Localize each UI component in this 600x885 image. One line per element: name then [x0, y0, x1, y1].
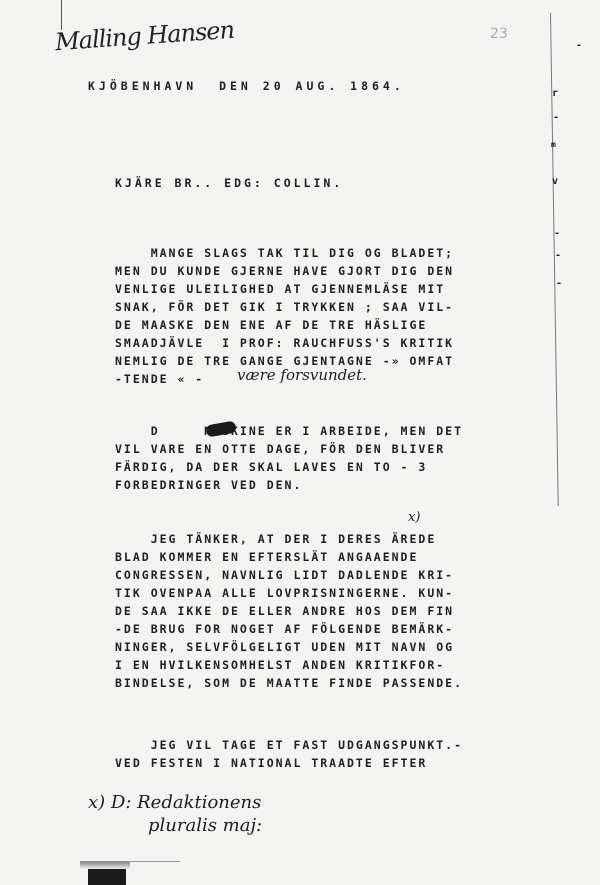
text-line: DE SAA IKKE DE ELLER ANDRE HOS DEM FIN	[115, 602, 463, 620]
text-line: CONGRESSEN, NAVNLIG LIDT DADLENDE KRI-	[115, 566, 463, 584]
text-line: D MASKINE ER I ARBEIDE, MEN DET	[115, 422, 463, 440]
margin-mark: m	[551, 140, 556, 149]
margin-mark: -	[556, 278, 562, 289]
text-line: DE MAASKE DEN ENE AF DE TRE HÄSLIGE	[115, 316, 454, 334]
text-line: JEG VIL TAGE ET FAST UDGANGSPUNKT.-	[115, 736, 463, 754]
margin-mark: v	[552, 176, 558, 187]
salutation: KJÄRE BR.. EDG: COLLIN.	[115, 174, 343, 192]
text-line: SMAADJÄVLE I PROF: RAUCHFUSS'S KRITIK	[115, 334, 454, 352]
paragraph-3: JEG TÄNKER, AT DER I DERES ÄREDE BLAD KO…	[115, 530, 463, 692]
margin-mark: -	[555, 250, 561, 261]
paragraph-1: MANGE SLAGS TAK TIL DIG OG BLADET; MEN D…	[115, 244, 454, 388]
page-number: 23	[490, 26, 508, 42]
margin-mark: -	[553, 112, 559, 123]
text-line: -TENDE « -	[115, 370, 204, 388]
text-line: BINDELSE, SOM DE MAATTE FINDE PASSENDE.	[115, 674, 463, 692]
handwritten-signature: Malling Hansen	[54, 16, 235, 56]
text-line: NINGER, SELVFÖLGELIGT UDEN MIT NAVN OG	[115, 638, 463, 656]
margin-mark: -	[554, 228, 560, 239]
margin-mark: -	[576, 40, 582, 51]
handwritten-footnote-line: x) D: Redaktionens	[88, 792, 261, 813]
text-line: VED FESTEN I NATIONAL TRAADTE EFTER	[115, 754, 463, 772]
text-line: TIK OVENPAA ALLE LOVPRISNINGERNE. KUN-	[115, 584, 463, 602]
text-line-with-insert: -TENDE « - være forsvundet.	[115, 370, 454, 388]
text-line: MANGE SLAGS TAK TIL DIG OG BLADET;	[115, 244, 454, 262]
text-line: VENLIGE ULEILIGHED AT GJENNEMLÄSE MIT	[115, 280, 454, 298]
text-line: SNAK, FÖR DET GIK I TRYKKEN ; SAA VIL-	[115, 298, 454, 316]
scan-artifact	[88, 869, 126, 885]
dateline: KJÖBENHAVN DEN 20 AUG. 1864.	[88, 77, 405, 95]
text-line: MEN DU KUNDE GJERNE HAVE GJORT DIG DEN	[115, 262, 454, 280]
paragraph-4: JEG VIL TAGE ET FAST UDGANGSPUNKT.- VED …	[115, 736, 463, 772]
handwritten-mark: x)	[408, 510, 420, 525]
text-line: I EN HVILKENSOMHELST ANDEN KRITIKFOR-	[115, 656, 463, 674]
text-line: VIL VARE EN OTTE DAGE, FÖR DEN BLIVER	[115, 440, 463, 458]
text-line: BLAD KOMMER EN EFTERSLÄT ANGAAENDE	[115, 548, 463, 566]
handwritten-insert: være forsvundet.	[237, 366, 367, 384]
text-line: JEG TÄNKER, AT DER I DERES ÄREDE	[115, 530, 463, 548]
handwritten-footnote-line: pluralis maj:	[148, 815, 262, 836]
paragraph-2: D MASKINE ER I ARBEIDE, MEN DET VIL VARE…	[115, 422, 463, 494]
letter-page: r - - m v - - - Malling Hansen 23 KJÖBEN…	[0, 0, 600, 885]
text-line: -DE BRUG FOR NOGET AF FÖLGENDE BEMÄRK-	[115, 620, 463, 638]
margin-line	[61, 0, 62, 30]
text-line: FÄRDIG, DA DER SKAL LAVES EN TO - 3	[115, 458, 463, 476]
text-line: FORBEDRINGER VED DEN.	[115, 476, 463, 494]
margin-mark: r	[552, 88, 558, 99]
